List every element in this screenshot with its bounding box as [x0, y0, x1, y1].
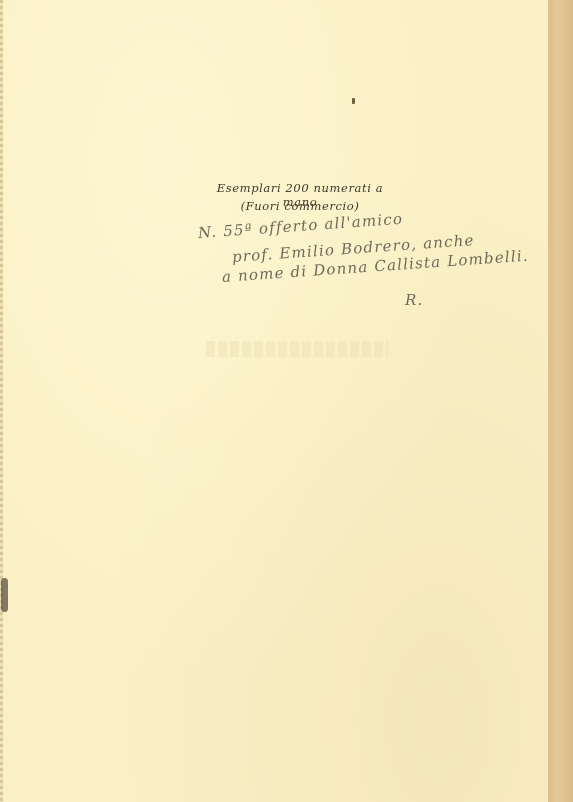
- show-through-title: [206, 341, 388, 357]
- book-page: Esemplari 200 numerati a mano (Fuori com…: [0, 0, 548, 802]
- inscription-signature: R.: [405, 291, 423, 309]
- ink-speck: [352, 98, 355, 104]
- binding-stain: [1, 578, 8, 612]
- binding-edge: [0, 0, 3, 802]
- back-cover-edge: [548, 0, 573, 802]
